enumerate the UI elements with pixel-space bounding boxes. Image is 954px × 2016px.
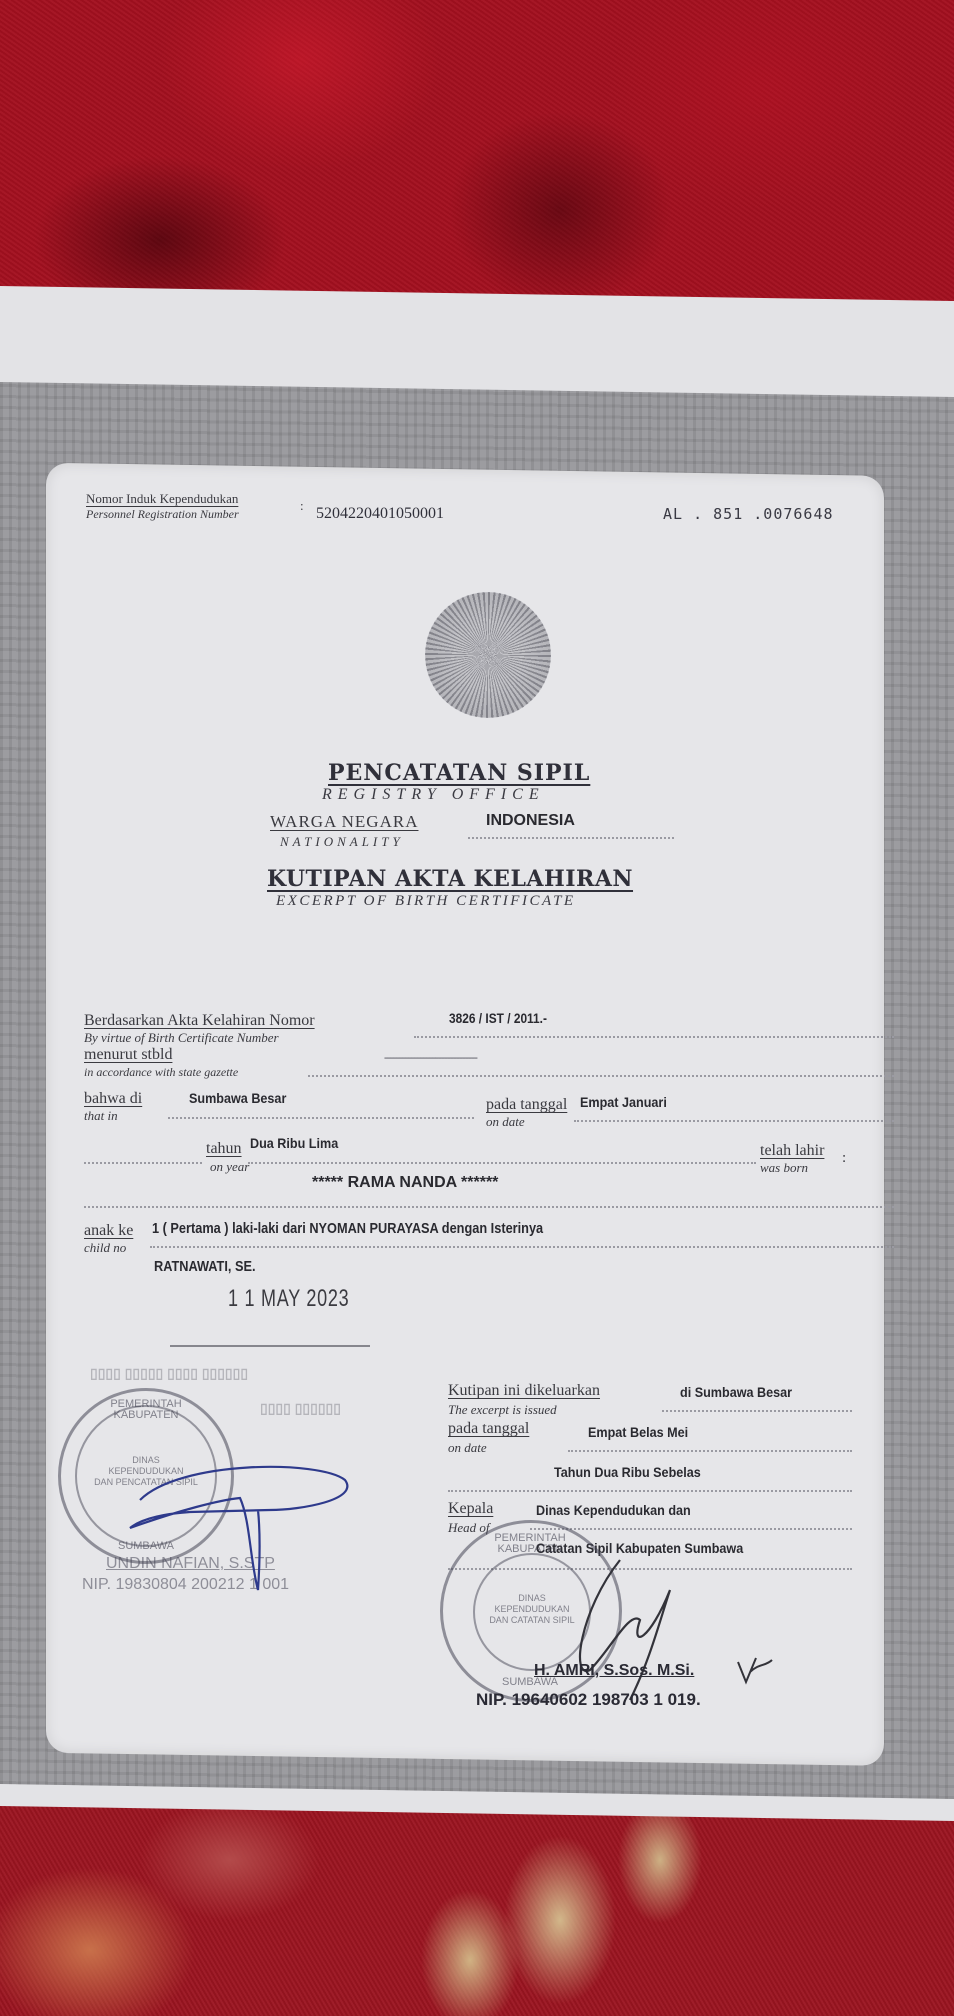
born-label-en: was born	[760, 1160, 808, 1176]
issue-year-value: Tahun Dua Ribu Sebelas	[554, 1464, 701, 1480]
birth-date-label: pada tanggal	[486, 1096, 567, 1114]
dotted-line	[84, 1162, 202, 1164]
cert-no-label-en: By virtue of Birth Certificate Number	[84, 1030, 279, 1046]
nationality-value: INDONESIA	[486, 812, 575, 830]
document-title: KUTIPAN AKTA KELAHIRAN	[267, 866, 633, 892]
birth-date-label-en: on date	[486, 1114, 525, 1130]
serial-number: AL . 851 .0076648	[663, 505, 834, 523]
document-title-en: EXCERPT OF BIRTH CERTIFICATE	[276, 893, 576, 910]
stbld-label: menurut stbld	[84, 1046, 172, 1064]
birth-year-label-en: on year	[210, 1159, 249, 1175]
issue-date-label: pada tanggal	[448, 1420, 529, 1438]
faint-stamp-text: ▯▯▯▯ ▯▯▯▯▯▯	[260, 1400, 341, 1417]
dotted-line	[308, 1075, 894, 1077]
place-label: bahwa di	[84, 1090, 142, 1108]
certificate-content: Nomor Induk Kependudukan Personnel Regis…	[0, 0, 954, 2016]
mother-value: RATNAWATI, SE.	[154, 1258, 256, 1275]
signatory-nip: NIP. 19640602 198703 1 019.	[476, 1690, 701, 1710]
signature-black	[560, 1550, 690, 1710]
birth-year-label: tahun	[206, 1140, 242, 1158]
office-title-en: REGISTRY OFFICE	[322, 786, 545, 804]
dotted-line	[168, 1117, 474, 1119]
garuda-emblem-icon	[425, 592, 551, 718]
birth-date-value: Empat Januari	[580, 1094, 667, 1110]
nik-separator: :	[300, 498, 304, 514]
dotted-line	[84, 1206, 894, 1208]
dotted-line	[248, 1162, 756, 1164]
dotted-line	[448, 1490, 852, 1492]
issue-date-value: Empat Belas Mei	[588, 1424, 688, 1440]
head-value-1: Dinas Kependudukan dan	[536, 1502, 691, 1518]
issue-date-label-en: on date	[448, 1440, 487, 1456]
nik-label-id: Nomor Induk Kependudukan	[86, 491, 238, 507]
signature-blue	[120, 1440, 360, 1600]
nik-value: 5204220401050001	[316, 505, 444, 523]
office-title: PENCATATAN SIPIL	[328, 760, 590, 786]
signatory-name: H. AMRI, S.Sos. M.Si.	[534, 1662, 694, 1680]
dotted-line	[574, 1120, 894, 1122]
birth-year-value: Dua Ribu Lima	[250, 1135, 338, 1151]
dotted-line	[414, 1036, 894, 1038]
head-label: Kepala	[448, 1500, 493, 1518]
dotted-line	[530, 1528, 852, 1530]
dotted-line	[468, 837, 674, 839]
cert-no-label: Berdasarkan Akta Kelahiran Nomor	[84, 1012, 315, 1030]
faint-stamp-text: ▯▯▯▯ ▯▯▯▯▯ ▯▯▯▯ ▯▯▯▯▯▯	[90, 1365, 248, 1382]
stbld-label-en: in accordance with state gazette	[84, 1065, 238, 1080]
nationality-label: WARGA NEGARA	[270, 812, 418, 832]
dotted-line	[150, 1246, 894, 1248]
stbld-value: -------------------------------	[384, 1050, 477, 1065]
legalization-date-stamp: 1 1 MAY 2023	[228, 1285, 349, 1313]
stamp-line	[170, 1345, 370, 1347]
nationality-label-en: NATIONALITY	[280, 834, 404, 850]
child-no-label-en: child no	[84, 1240, 126, 1256]
initials-mark	[736, 1654, 776, 1686]
place-value: Sumbawa Besar	[189, 1090, 286, 1106]
place-label-en: that in	[84, 1108, 118, 1124]
issued-label: Kutipan ini dikeluarkan	[448, 1382, 600, 1400]
issued-label-en: The excerpt is issued	[448, 1402, 557, 1418]
cert-no-value: 3826 / IST / 2011.-	[449, 1010, 547, 1026]
child-name: ***** RAMA NANDA ******	[312, 1174, 498, 1192]
born-label: telah lahir	[760, 1142, 824, 1160]
dotted-line	[568, 1450, 852, 1452]
born-colon: :	[842, 1150, 846, 1167]
dotted-line	[662, 1410, 852, 1412]
nik-label-en: Personnel Registration Number	[86, 507, 239, 522]
parents-value: 1 ( Pertama ) laki-laki dari NYOMAN PURA…	[152, 1220, 543, 1237]
issued-place-value: di Sumbawa Besar	[680, 1384, 792, 1400]
child-no-label: anak ke	[84, 1222, 133, 1240]
